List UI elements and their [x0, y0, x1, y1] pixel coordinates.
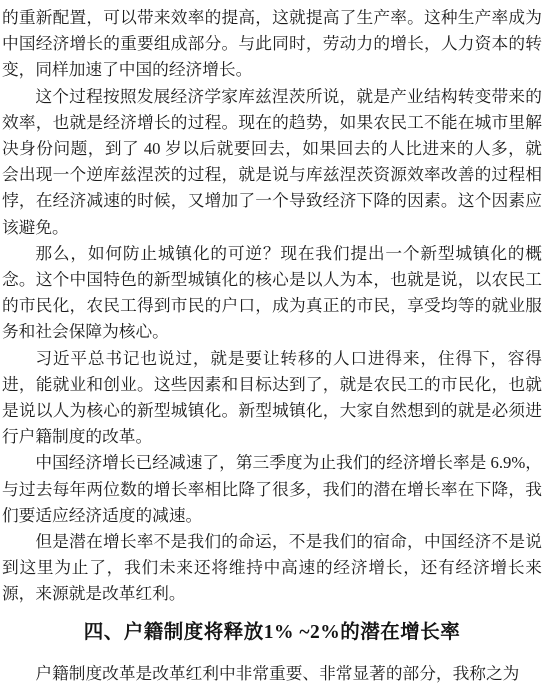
- section-heading: 四、户籍制度将释放1% ~2%的潜在增长率: [2, 618, 542, 648]
- body-paragraph: 户籍制度改革是改革红利中非常重要、非常显著的部分，我称之为: [2, 661, 542, 687]
- body-paragraph: 那么，如何防止城镇化的可逆？现在我们提出一个新型城镇化的概念。这个中国特色的新型…: [2, 241, 542, 346]
- body-paragraph: 的重新配置，可以带来效率的提高，这就提高了生产率。这种生产率成为中国经济增长的重…: [2, 5, 542, 84]
- body-paragraph: 中国经济增长已经减速了，第三季度为止我们的经济增长率是 6.9%，与过去每年两位…: [2, 450, 542, 529]
- body-paragraph: 这个过程按照发展经济学家库兹涅茨所说，就是产业结构转变带来的效率，也就是经济增长…: [2, 84, 542, 241]
- document-page: 的重新配置，可以带来效率的提高，这就提高了生产率。这种生产率成为中国经济增长的重…: [0, 0, 544, 698]
- body-paragraph: 习近平总书记也说过，就是要让转移的人口进得来，住得下，容得进，能就业和创业。这些…: [2, 346, 542, 451]
- body-paragraph: 但是潜在增长率不是我们的命运，不是我们的宿命，中国经济不是说到这里为止了，我们未…: [2, 529, 542, 608]
- document-body: 的重新配置，可以带来效率的提高，这就提高了生产率。这种生产率成为中国经济增长的重…: [2, 5, 542, 687]
